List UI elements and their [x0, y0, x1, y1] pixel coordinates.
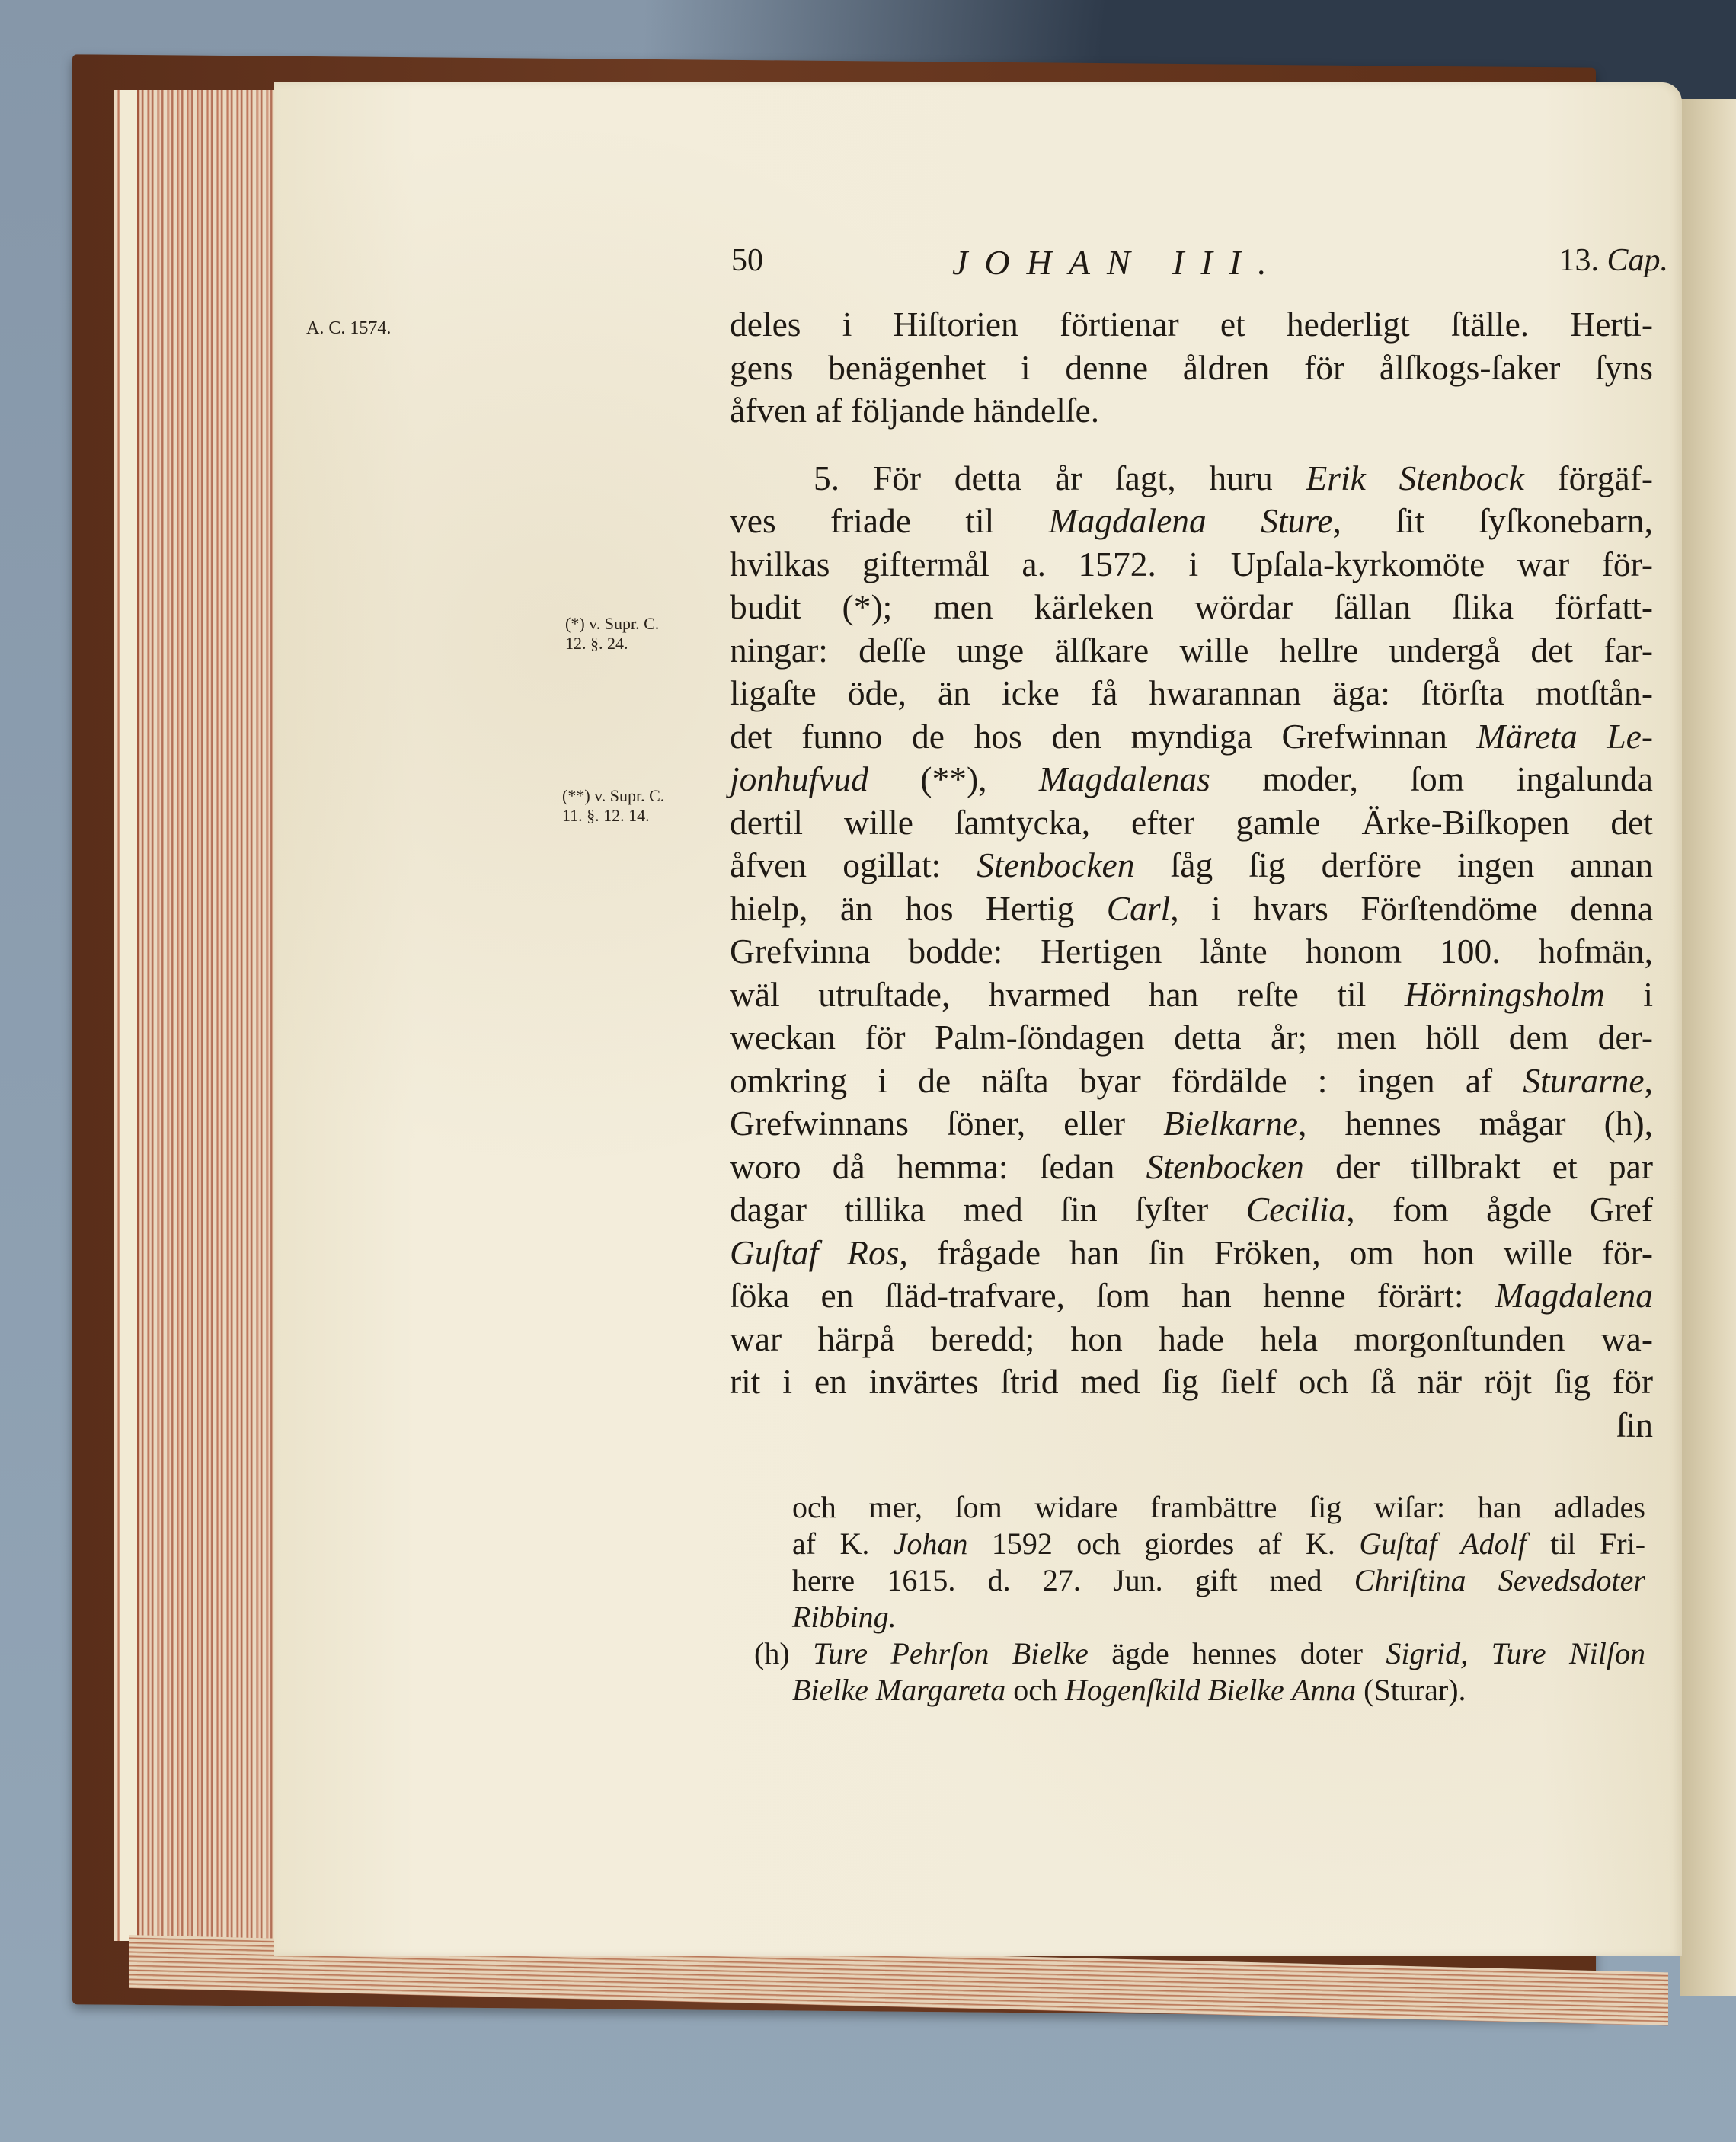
text-line: hvilkas giftermål a. 1572. i Upſala-kyrk… — [730, 543, 1653, 587]
text-line: 5. För detta år ſagt, huru Erik Stenbock… — [730, 457, 1653, 500]
text-line: woro då hemma: ſedan Stenbocken der till… — [730, 1146, 1653, 1189]
running-title: JOHAN III. — [952, 242, 1284, 283]
text-line: Grefwinnans ſöner, eller Bielkarne, henn… — [730, 1102, 1653, 1146]
chapter-number: 13. — [1559, 243, 1599, 278]
text-line: ves friade til Magdalena Sture, ſit ſyſk… — [730, 500, 1653, 543]
page-header: 50 JOHAN III. 13. Cap. — [731, 242, 1668, 288]
family-name: Sturarne — [1523, 1061, 1644, 1100]
text-line: Guſtaf Ros, frågade han ſin Fröken, om h… — [730, 1232, 1653, 1275]
person-name: Stenbocken — [977, 846, 1134, 884]
text-line: weckan för Palm-ſöndagen detta år; men h… — [730, 1016, 1653, 1060]
facing-page-edge — [1680, 99, 1736, 1996]
person-name: Carl — [1107, 889, 1170, 928]
text-line: deles i Hiſtorien förtienar et hederligt… — [730, 303, 1653, 347]
place-name: Hörningsholm — [1405, 975, 1605, 1014]
text-line: det funno de hos den myndiga Grefwinnan … — [730, 715, 1653, 759]
margin-note-1-line1: (*) v. Supr. C. — [565, 614, 659, 634]
margin-note-1-line2: 12. §. 24. — [565, 634, 628, 654]
text-line: war härpå beredd; hon hade hela morgonſt… — [730, 1318, 1653, 1361]
catchword: ſin — [730, 1404, 1653, 1447]
person-name: Magdalenas — [1039, 759, 1210, 798]
person-name: Erik Stenbock — [1306, 459, 1523, 497]
margin-note-2-line1: (**) v. Supr. C. — [562, 786, 664, 806]
person-name: Stenbocken — [1146, 1147, 1304, 1186]
text-line: dertil wille ſamtycka, efter gamle Ärke-… — [730, 801, 1653, 845]
flyleaf — [120, 90, 139, 1941]
footnote-line: Ribbing. — [792, 1599, 1645, 1635]
chapter-label: Cap. — [1607, 243, 1668, 278]
text-line: åfven af följande händelſe. — [730, 389, 1653, 433]
footnote-line: af K. Johan 1592 och giordes af K. Guſta… — [792, 1526, 1645, 1562]
text-line: hielp, än hos Hertig Carl, i hvars Förſt… — [730, 887, 1653, 931]
footnote-line: och mer, ſom widare frambättre ſig wiſar… — [792, 1489, 1645, 1526]
text-line: rit i en invärtes ſtrid med ſig ſielf oc… — [730, 1360, 1653, 1404]
text-line: ſöka en ſläd-trafvare, ſom han henne för… — [730, 1274, 1653, 1318]
person-name: Magdalena Sture — [1049, 501, 1333, 540]
text-line: omkring i de näſta byar fördälde : ingen… — [730, 1060, 1653, 1103]
family-name: Bielkarne — [1163, 1104, 1298, 1143]
margin-note-2-line2: 11. §. 12. 14. — [562, 806, 650, 826]
text-line: gens benägenhet i denne åldren för ålſko… — [730, 347, 1653, 390]
text-line: budit (*); men kärleken wördar ſällan ſl… — [730, 586, 1653, 629]
margin-year: A. C. 1574. — [306, 318, 391, 338]
text-line: dagar tillika med ſin ſyſter Cecilia, fo… — [730, 1188, 1653, 1232]
person-name: Märeta Le- — [1476, 717, 1653, 756]
footnote-line: Bielke Margareta och Hogenſkild Bielke A… — [792, 1672, 1645, 1709]
page-block-edge — [114, 90, 282, 1941]
main-text: deles i Hiſtorien förtienar et hederligt… — [730, 303, 1653, 1447]
footnotes: och mer, ſom widare frambättre ſig wiſar… — [792, 1489, 1645, 1709]
text-line: Grefvinna bodde: Hertigen lånte honom 10… — [730, 930, 1653, 973]
text-line: ligaſte öde, än icke få hwarannan äga: ſ… — [730, 672, 1653, 715]
text-line: ningar: deſſe unge älſkare wille hellre … — [730, 629, 1653, 673]
person-name: Magdalena — [1495, 1276, 1653, 1315]
footnote-line: herre 1615. d. 27. Jun. gift med Chriſti… — [792, 1562, 1645, 1599]
footnote-marker: (h) — [754, 1636, 790, 1670]
chapter-marker: 13. Cap. — [1559, 242, 1668, 279]
page-number: 50 — [731, 242, 763, 279]
text-line: wäl utruſtade, hvarmed han reſte til Hör… — [730, 973, 1653, 1017]
person-name: Guſtaf Ros — [730, 1233, 899, 1272]
text-line: åfven ogillat: Stenbocken ſåg ſig derför… — [730, 844, 1653, 887]
text-line: jonhufvud (**), Magdalenas moder, ſom in… — [730, 758, 1653, 801]
person-name: Cecilia — [1246, 1190, 1346, 1229]
footnote-h: (h) Ture Pehrſon Bielke ägde hennes dote… — [754, 1635, 1645, 1672]
